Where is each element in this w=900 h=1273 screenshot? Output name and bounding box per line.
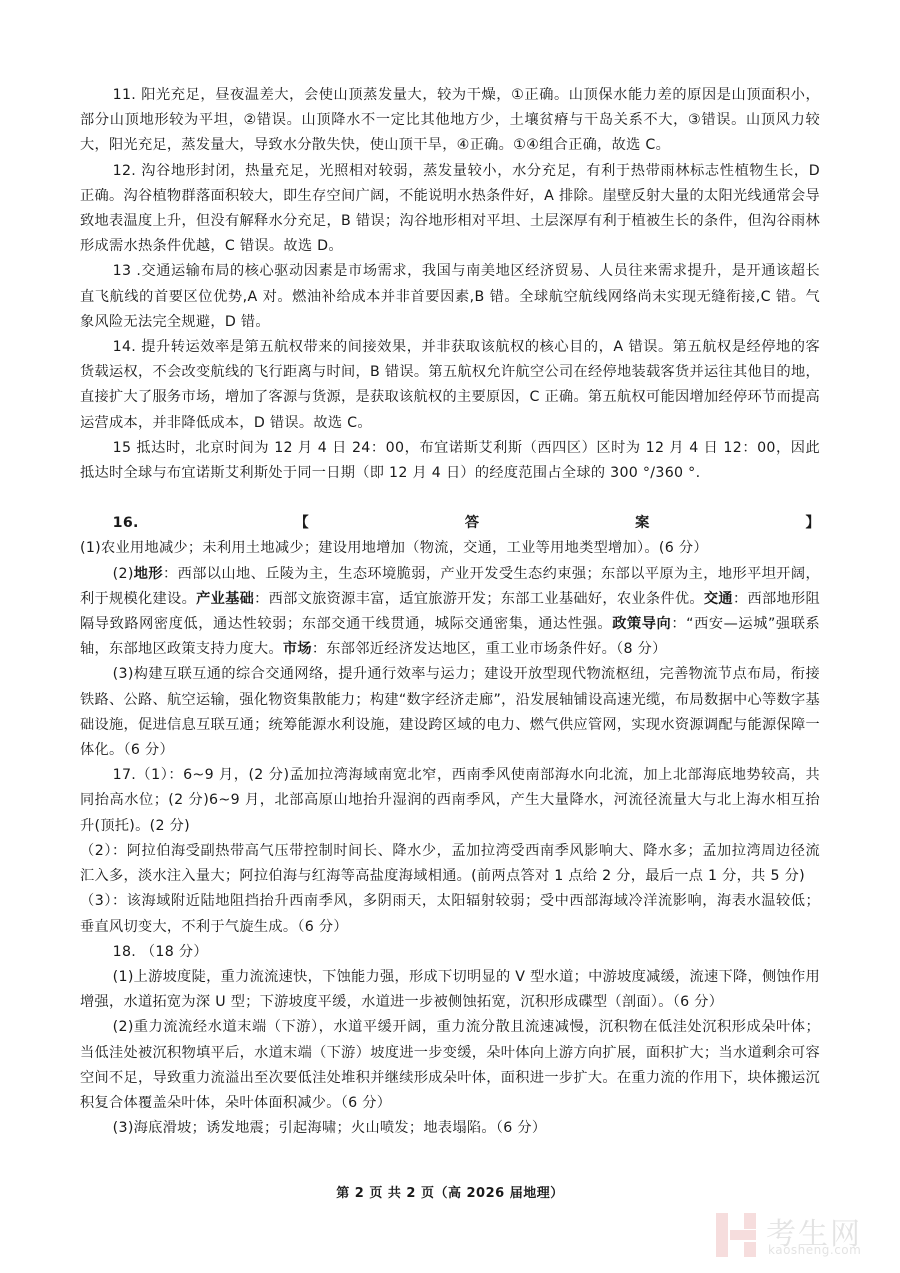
question-number: 16. — [113, 515, 139, 531]
answer-16-part-1: 16.【答案】(1)农业用地减少；未利用土地减少；建设用地增加（物流，交通，工业… — [80, 511, 820, 561]
page-footer: 第 2 页 共 2 页（高 2026 届地理） — [0, 1182, 900, 1201]
keyword-industry: 产业基础 — [196, 591, 254, 607]
answer-tag: 【答案】 — [139, 515, 820, 531]
answer-18-heading: 18. （18 分） — [80, 940, 820, 965]
answer-17-part-1: 17.（1）：6~9 月，(2 分)孟加拉湾海域南宽北窄，西南季风使南部海水向北… — [80, 763, 820, 839]
kaosheng-logo-icon — [716, 1213, 756, 1257]
answer-16-part-2: (2)地形：西部以山地、丘陵为主，生态环境脆弱，产业开发受生态约束强；东部以平原… — [80, 562, 820, 663]
watermark-domain: kaosheng.com — [768, 1243, 861, 1257]
answer-17-part-3: （3）：该海域附近陆地阻挡抬升西南季风，多阴雨天，太阳辐射较弱；受中西部海域冷洋… — [80, 889, 820, 939]
answer-13: 13 .交通运输布局的核心驱动因素是市场需求，我国与南美地区经济贸易、人员往来需… — [80, 259, 820, 335]
keyword-terrain: 地形 — [134, 566, 163, 582]
answer-17-part-2: （2）：阿拉伯海受副热带高气压带控制时间长、降水少，孟加拉湾受西南季风影响大、降… — [80, 839, 820, 889]
watermark: 考生网 kaosheng.com — [716, 1211, 896, 1263]
answer-18-part-1: (1)上游坡度陡，重力流流速快，下蚀能力强，形成下切明显的 V 型水道；中游坡度… — [80, 965, 820, 1015]
answer-12: 12. 沟谷地形封闭，热量充足，光照相对较弱，蒸发量较小，水分充足，有利于热带雨… — [80, 159, 820, 260]
keyword-policy: 政策导向 — [612, 616, 671, 632]
answer-18-part-2: (2)重力流流经水道末端（下游），水道平缓开阔，重力流分散且流速减慢，沉积物在低… — [80, 1015, 820, 1116]
answer-11: 11. 阳光充足，昼夜温差大，会使山顶蒸发量大，较为干燥，①正确。山顶保水能力差… — [80, 83, 820, 159]
answer-16-part-3: (3)构建互联互通的综合交通网络，提升通行效率与运力；建设开放型现代物流枢纽，完… — [80, 662, 820, 763]
answer-document: 11. 阳光充足，昼夜温差大，会使山顶蒸发量大，较为干燥，①正确。山顶保水能力差… — [80, 83, 820, 1141]
answer-14: 14. 提升转运效率是第五航权带来的间接效果，并非获取该航权的核心目的，A 错误… — [80, 335, 820, 436]
answer-15: 15 抵达时，北京时间为 12 月 4 日 24：00，布宜诺斯艾利斯（西四区）… — [80, 436, 820, 486]
answer-18-part-3: (3)海底滑坡；诱发地震；引起海啸；火山喷发；地表塌陷。（6 分） — [80, 1116, 820, 1141]
keyword-market: 市场 — [283, 641, 312, 657]
keyword-transport: 交通 — [704, 591, 733, 607]
